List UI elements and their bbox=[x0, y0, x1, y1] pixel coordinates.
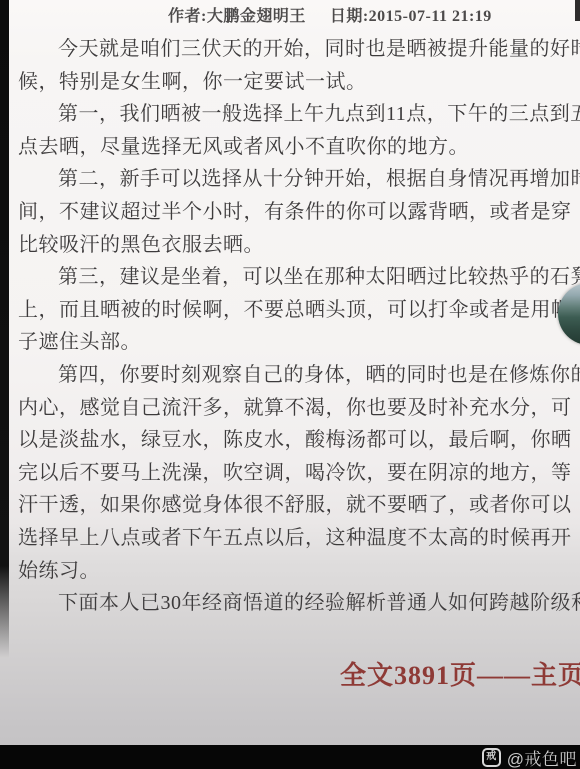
watermark-bar: 戒 @戒色吧 bbox=[0, 745, 580, 769]
text-line: 第三，建议是坐着，可以坐在那种太阳晒过比较热乎的石凳 bbox=[18, 261, 580, 294]
date-label: 日期:2015-07-11 21:19 bbox=[330, 3, 492, 26]
watermark-handle: @戒色吧 bbox=[507, 745, 577, 769]
text-line: 候，特别是女生啊，你一定要试一试。 bbox=[18, 66, 580, 99]
watermark-badge-icon: 戒 bbox=[482, 748, 501, 767]
text-line: 今天就是咱们三伏天的开始，同时也是晒被提升能量的好时 bbox=[18, 33, 580, 66]
text-line: 始练习。 bbox=[18, 555, 580, 588]
text-line: 间，不建议超过半个小时，有条件的你可以露背晒，或者是穿 bbox=[18, 196, 580, 229]
text-line: 完以后不要马上洗澡，吹空调，喝冷饮，要在阴凉的地方，等 bbox=[18, 457, 580, 490]
text-line: 下面本人已30年经商悟道的经验解析普通人如何跨越阶级和 bbox=[18, 587, 580, 620]
text-line: 以是淡盐水，绿豆水，陈皮水，酸梅汤都可以，最后啊，你晒 bbox=[18, 424, 580, 457]
document-photo: 作者:大鹏金翅明王 日期:2015-07-11 21:19 今天就是咱们三伏天的… bbox=[0, 0, 580, 769]
text-line: 汗干透，如果你感觉身体很不舒服，就不要晒了，或者你可以 bbox=[18, 489, 580, 522]
page-left-edge-shadow bbox=[0, 0, 9, 658]
article-body: 今天就是咱们三伏天的开始，同时也是晒被提升能量的好时候，特别是女生啊，你一定要试… bbox=[10, 33, 580, 620]
text-line: 上，而且晒被的时候啊，不要总晒头顶，可以打伞或者是用帽 bbox=[18, 294, 580, 327]
promo-text: 全文3891页——主页看 bbox=[340, 655, 580, 692]
text-line: 子遮住头部。 bbox=[18, 326, 580, 359]
text-line: 选择早上八点或者下午五点以后，这种温度不太高的时候再开 bbox=[18, 522, 580, 555]
text-line: 内心，感觉自己流汗多，就算不渴，你也要及时补充水分，可 bbox=[18, 392, 580, 425]
text-line: 比较吸汗的黑色衣服去晒。 bbox=[18, 229, 580, 262]
text-line: 第一，我们晒被一般选择上午九点到11点，下午的三点到五 bbox=[18, 98, 580, 131]
text-line: 第二，新手可以选择从十分钟开始，根据自身情况再增加时 bbox=[18, 163, 580, 196]
document-page: 作者:大鹏金翅明王 日期:2015-07-11 21:19 今天就是咱们三伏天的… bbox=[10, 0, 580, 620]
text-line: 第四，你要时刻观察自己的身体，晒的同时也是在修炼你的 bbox=[18, 359, 580, 392]
document-header: 作者:大鹏金翅明王 日期:2015-07-11 21:19 bbox=[10, 3, 580, 26]
author-label: 作者:大鹏金翅明王 bbox=[168, 3, 306, 26]
text-line: 点去晒，尽量选择无风或者风小不直吹你的地方。 bbox=[18, 131, 580, 164]
